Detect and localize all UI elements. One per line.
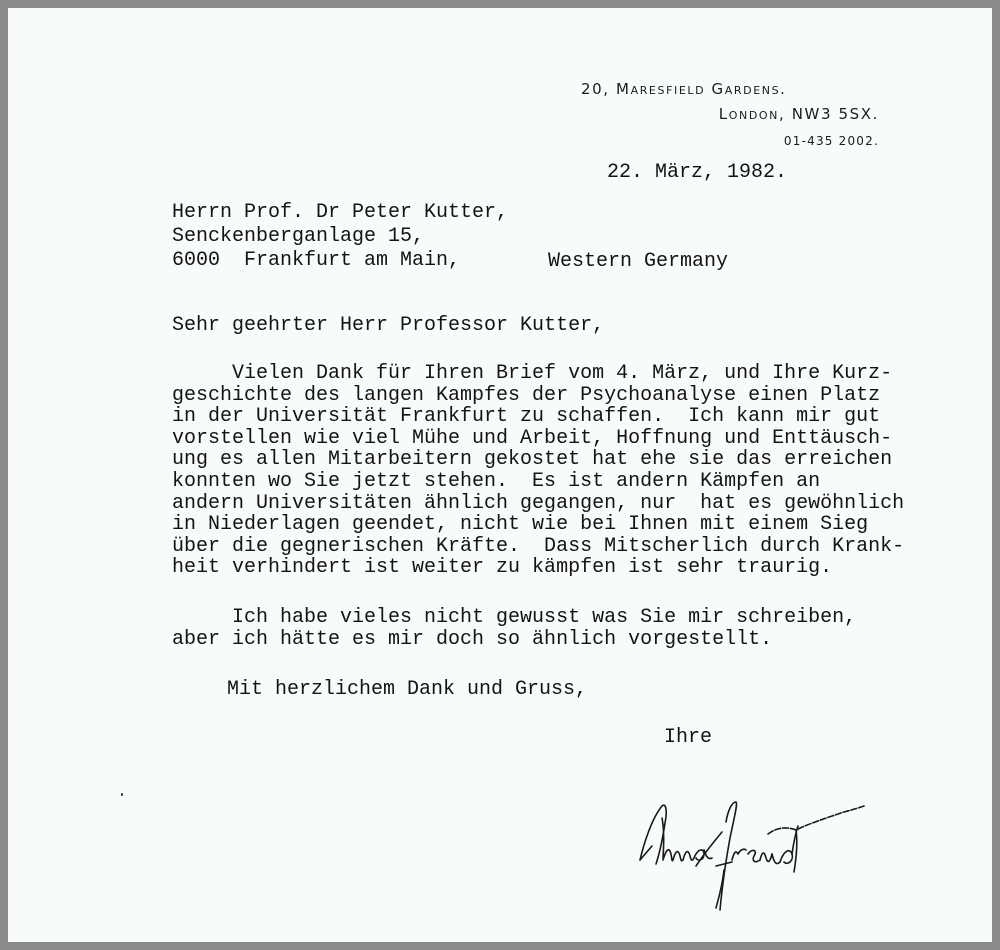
recipient-street: Senckenberganlage 15, — [172, 227, 424, 247]
valediction: Ihre — [664, 728, 712, 748]
paragraph-line: in der Universität Frankfurt zu schaffen… — [172, 406, 904, 428]
paragraph-line: über die gegnerischen Kräfte. Dass Mitsc… — [172, 536, 904, 558]
recipient-country: Western Germany — [548, 252, 728, 272]
paragraph-line: Vielen Dank für Ihren Brief vom 4. März,… — [172, 363, 904, 385]
letterhead-street: 20, Maresfield Gardens. — [581, 80, 787, 98]
paragraph-line: vorstellen wie viel Mühe und Arbeit, Hof… — [172, 428, 904, 450]
paragraph-2: Ich habe vieles nicht gewusst was Sie mi… — [172, 607, 856, 650]
recipient-city: 6000 Frankfurt am Main, — [172, 251, 460, 271]
signature-icon — [618, 788, 928, 938]
paragraph-line: geschichte des langen Kampfes der Psycho… — [172, 385, 904, 407]
letterhead-phone: 01-435 2002. — [784, 134, 879, 148]
letter-date: 22. März, 1982. — [607, 163, 787, 183]
salutation: Sehr geehrter Herr Professor Kutter, — [172, 316, 604, 336]
letter-page: 20, Maresfield Gardens. London, NW3 5SX.… — [8, 8, 992, 942]
paragraph-line: konnten wo Sie jetzt stehen. Es ist ande… — [172, 471, 904, 493]
paragraph-line: andern Universitäten ähnlich gegangen, n… — [172, 493, 904, 515]
closing: Mit herzlichem Dank und Gruss, — [227, 680, 587, 700]
paragraph-line: heit verhindert ist weiter zu kämpfen is… — [172, 557, 904, 579]
paper-speck — [121, 793, 123, 796]
paragraph-line: Ich habe vieles nicht gewusst was Sie mi… — [172, 607, 856, 629]
letterhead-city: London, NW3 5SX. — [719, 105, 879, 123]
paragraph-line: ung es allen Mitarbeitern gekostet hat e… — [172, 449, 904, 471]
paragraph-1: Vielen Dank für Ihren Brief vom 4. März,… — [172, 363, 904, 579]
paragraph-line: aber ich hätte es mir doch so ähnlich vo… — [172, 629, 856, 651]
paragraph-line: in Niederlagen geendet, nicht wie bei Ih… — [172, 514, 904, 536]
recipient-name: Herrn Prof. Dr Peter Kutter, — [172, 203, 508, 223]
